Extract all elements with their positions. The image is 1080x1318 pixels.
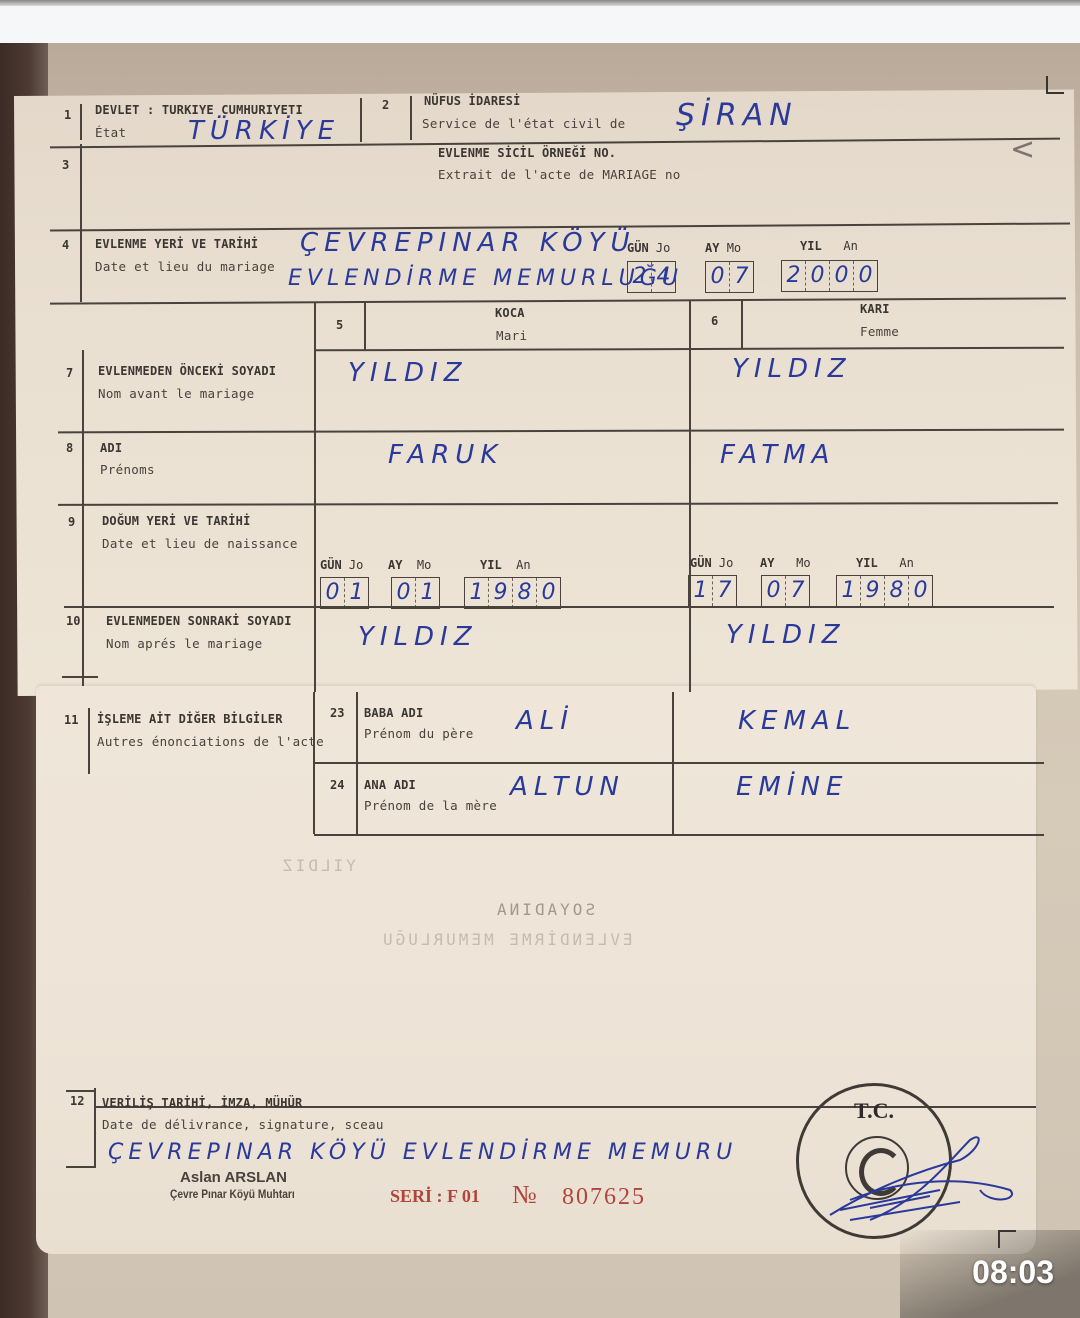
- column-divider-right: [689, 300, 691, 692]
- wife-birth-day-box: 17: [688, 575, 737, 607]
- divider: [88, 708, 90, 774]
- field8-label-fr: Prénoms: [100, 462, 155, 477]
- divider: [672, 692, 674, 836]
- official-title: Çevre Pınar Köyü Muhtarı: [170, 1187, 295, 1201]
- field11-label-tr: İŞLEME AİT DİĞER BİLGİLER: [97, 712, 283, 726]
- wife-surname-after: YILDIZ: [726, 620, 846, 650]
- divider: [82, 350, 84, 686]
- wife-father-name: KEMAL: [738, 706, 856, 736]
- wife-first-name: FATMA: [720, 440, 835, 470]
- husband-surname-before: YILDIZ: [348, 358, 468, 388]
- field2-label-fr: Service de l'état civil de: [422, 116, 625, 131]
- field2-label-tr: NÜFUS İDARESİ: [424, 94, 521, 108]
- field8-number: 8: [66, 441, 73, 455]
- corner-mark-icon: [1046, 76, 1064, 94]
- marriage-month-box: 07: [705, 261, 754, 293]
- husband-column-label-fr: Mari: [496, 328, 527, 343]
- field4-label-fr: Date et lieu du mariage: [95, 259, 275, 274]
- marriage-year-header: YIL An: [800, 239, 858, 253]
- wife-mother-name: EMİNE: [736, 772, 848, 802]
- top-status-strip: [0, 0, 1080, 6]
- field11-label-fr: Autres énonciations de l'acte: [97, 734, 324, 749]
- husband-mother-name: ALTUN: [510, 772, 625, 802]
- wife-birth-month-box: 07: [761, 575, 810, 607]
- row-divider: [64, 606, 1054, 608]
- field11-number: 11: [64, 713, 78, 727]
- husband-father-name: ALİ: [516, 706, 574, 736]
- husband-surname-after: YILDIZ: [358, 622, 478, 652]
- field7-label-tr: EVLENMEDEN ÖNCEKİ SOYADI: [98, 364, 276, 378]
- field2-value-office: ŞİRAN: [676, 98, 798, 133]
- field10-label-tr: EVLENMEDEN SONRAKİ SOYADI: [106, 614, 292, 628]
- column-divider-left: [314, 302, 316, 692]
- field24-number: 24: [330, 778, 344, 792]
- husband-birth-year-box: 1980: [464, 577, 561, 609]
- serial-number: 807625: [562, 1184, 646, 1211]
- marriage-month-header: AY Mo: [705, 241, 741, 255]
- field4-number: 4: [62, 238, 69, 252]
- field7-number: 7: [66, 366, 73, 380]
- divider: [360, 98, 362, 142]
- field12-label-fr: Date de délivrance, signature, sceau: [102, 1117, 384, 1132]
- husband-birth-month-box: 01: [391, 577, 440, 609]
- field4-place-line1: ÇEVREPINAR KÖYÜ: [300, 228, 636, 258]
- field1-label-fr: État: [95, 125, 126, 140]
- husband-birth-day-header: GÜN Jo: [320, 558, 363, 572]
- divider: [741, 300, 743, 348]
- divider: [80, 144, 82, 228]
- field9-label-tr: DOĞUM YERİ VE TARİHİ: [102, 514, 251, 528]
- marriage-year-box: 2000: [781, 260, 878, 292]
- field10-bracket: [62, 676, 98, 678]
- wife-birth-year-header: YIL An: [856, 556, 914, 570]
- wife-birth-day-header: GÜN Jo: [690, 556, 733, 570]
- field3-label-tr: EVLENME SİCİL ÖRNEĞİ NO.: [438, 146, 616, 160]
- field6-number: 6: [711, 314, 718, 328]
- husband-birth-year-header: YIL An: [480, 558, 531, 572]
- divider: [80, 228, 82, 302]
- field1-value-state: TÜRKİYE: [188, 116, 340, 146]
- field3-number: 3: [62, 158, 69, 172]
- field12-bracket-top: [66, 1090, 96, 1092]
- field8-label-tr: ADI: [100, 441, 122, 455]
- signature: [810, 1120, 1030, 1230]
- bleed-through-text: EVLENDİRME MEMURLUĞU: [380, 930, 633, 949]
- husband-birth-day-box: 01: [320, 577, 369, 609]
- bleed-through-text: SOYADINA: [494, 900, 595, 919]
- field1-number: 1: [64, 108, 71, 122]
- field10-number: 10: [66, 614, 80, 628]
- field5-number: 5: [336, 318, 343, 332]
- divider: [94, 1088, 96, 1168]
- issuing-office-handwritten: ÇEVREPINAR KÖYÜ EVLENDİRME MEMURU: [108, 1140, 737, 1165]
- video-timestamp: 08:03: [972, 1254, 1054, 1291]
- official-name: Aslan ARSLAN: [180, 1169, 287, 1186]
- field23-label-tr: BABA ADI: [364, 706, 423, 720]
- field4-label-tr: EVLENME YERİ VE TARİHİ: [95, 237, 258, 251]
- field24-label-tr: ANA ADI: [364, 778, 416, 792]
- wife-birth-year-box: 1980: [836, 575, 933, 607]
- serial-number-symbol: №: [512, 1180, 537, 1210]
- husband-first-name: FARUK: [388, 440, 503, 470]
- field24-label-fr: Prénom de la mère: [364, 798, 497, 813]
- field2-number: 2: [382, 98, 389, 112]
- husband-birth-month-header: AY Mo: [388, 558, 431, 572]
- field23-number: 23: [330, 706, 344, 720]
- field9-label-fr: Date et lieu de naissance: [102, 536, 298, 551]
- row-divider: [314, 762, 1044, 764]
- field1-label-tr: DEVLET : TURKIYE CUMHURIYETI: [95, 103, 303, 117]
- field4-place-line2: EVLENDİRME MEMURLUĞU: [288, 266, 683, 291]
- divider: [80, 104, 82, 140]
- wife-surname-before: YILDIZ: [732, 354, 852, 384]
- field12-number: 12: [70, 1094, 84, 1108]
- divider: [364, 302, 366, 350]
- wife-column-label-fr: Femme: [860, 324, 899, 339]
- bleed-through-text: YILDIZ: [280, 856, 356, 875]
- wife-birth-month-header: AY Mo: [760, 556, 811, 570]
- field23-label-fr: Prénom du père: [364, 726, 474, 741]
- field12-bracket-bottom: [66, 1166, 96, 1168]
- field9-number: 9: [68, 515, 75, 529]
- field7-label-fr: Nom avant le mariage: [98, 386, 255, 401]
- husband-column-label-tr: KOCA: [495, 306, 525, 320]
- field12-label-tr: VERİLİŞ TARİHİ, İMZA, MÜHÜR: [102, 1096, 302, 1110]
- row-divider: [314, 834, 1044, 836]
- marriage-date-header: GÜN Jo: [627, 241, 670, 255]
- field10-label-fr: Nom aprés le mariage: [106, 636, 263, 651]
- divider: [410, 96, 412, 140]
- pencil-mark: <: [1010, 132, 1041, 167]
- field3-label-fr: Extrait de l'acte de MARIAGE no: [438, 167, 681, 182]
- marriage-day-box: 24: [627, 261, 676, 293]
- wife-column-label-tr: KARI: [860, 302, 890, 316]
- serial-series: SERİ : F 01: [390, 1186, 480, 1207]
